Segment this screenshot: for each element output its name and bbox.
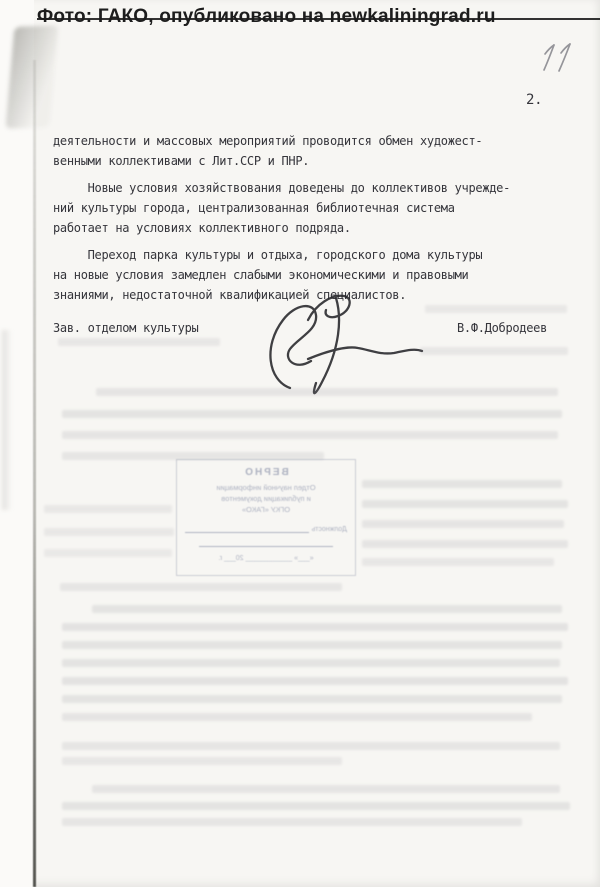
typed-line: деятельности и массовых мероприятий пров…: [53, 131, 583, 151]
ghost-line: [62, 818, 522, 826]
ghost-line: [62, 757, 342, 765]
ghost-line: [425, 305, 567, 313]
ghost-line: [362, 540, 568, 548]
signoff-name: В.Ф.Добродеев: [457, 318, 547, 338]
ghost-line: [362, 500, 568, 508]
typed-line: на новые условия замедлен слабыми эконом…: [53, 265, 583, 285]
stamp-date-line: «___» ____________ 20___ г.: [185, 555, 347, 562]
typed-line: венными коллективами с Лит.ССР и ПНР.: [53, 151, 583, 171]
ghost-line: [62, 695, 562, 703]
ghost-line: [362, 480, 562, 488]
typed-line: работает на условиях коллективного подря…: [53, 218, 583, 238]
ghost-line: [62, 659, 560, 667]
watermark-text: Фото: ГАКО, опубликовано на newkaliningr…: [37, 6, 496, 27]
ghost-line: [62, 802, 570, 810]
ghost-line: [420, 347, 568, 355]
ghost-line: [44, 549, 172, 557]
watermark-strike-line: [37, 18, 600, 20]
ghost-line: [44, 528, 174, 536]
typed-line: ний культуры города, централизованная би…: [53, 198, 583, 218]
ghost-line: [92, 605, 562, 613]
document-body: деятельности и массовых мероприятий пров…: [53, 131, 583, 312]
ghost-line: [60, 583, 342, 591]
ghost-line: [44, 505, 172, 513]
watermark: Фото: ГАКО, опубликовано на newkaliningr…: [37, 6, 597, 32]
stamp-position-row: Должность: [185, 524, 347, 533]
stamp-signature-underline: [199, 533, 333, 547]
scanned-document-page: Фото: ГАКО, опубликовано на newkaliningr…: [0, 0, 600, 887]
stamp-dept-line2: и публикации документов: [185, 493, 347, 504]
stamp-dept-line1: Отдел научной информации: [185, 482, 347, 493]
handwritten-page-number: [540, 38, 586, 78]
stamp-position-label: Должность: [312, 526, 347, 533]
paragraph: Новые условия хозяйствования доведены до…: [53, 178, 583, 238]
ghost-line: [62, 641, 562, 649]
signoff-title: Зав. отделом культуры: [53, 318, 198, 338]
typed-page-number: 2.: [526, 92, 542, 108]
ghost-line: [62, 410, 562, 418]
ghost-line: [62, 623, 568, 631]
page-crease: [33, 60, 36, 887]
ghost-line: [58, 338, 220, 346]
ghost-line: [62, 677, 568, 685]
typed-line: Переход парка культуры и отдыха, городск…: [53, 245, 583, 265]
ghost-line: [362, 520, 564, 528]
page-fold-shadow: [5, 25, 58, 128]
ghost-line: [96, 388, 558, 396]
ghost-line: [62, 452, 324, 460]
ghost-line: [62, 742, 560, 750]
typed-line: Новые условия хозяйствования доведены до…: [53, 178, 583, 198]
page-edge-shadow: [2, 330, 12, 510]
stamp-org: ОГКУ «ГАКО»: [185, 504, 347, 515]
stamp-certified-label: ВЕРНО: [185, 467, 347, 478]
ghost-line: [62, 431, 558, 439]
paragraph: деятельности и массовых мероприятий пров…: [53, 131, 583, 171]
ghost-line: [92, 785, 560, 793]
ghost-line: [362, 558, 554, 566]
ghost-line: [62, 713, 532, 721]
stamp-position-underline: [185, 524, 309, 533]
archive-stamp: ВЕРНО Отдел научной информации и публика…: [176, 459, 356, 576]
